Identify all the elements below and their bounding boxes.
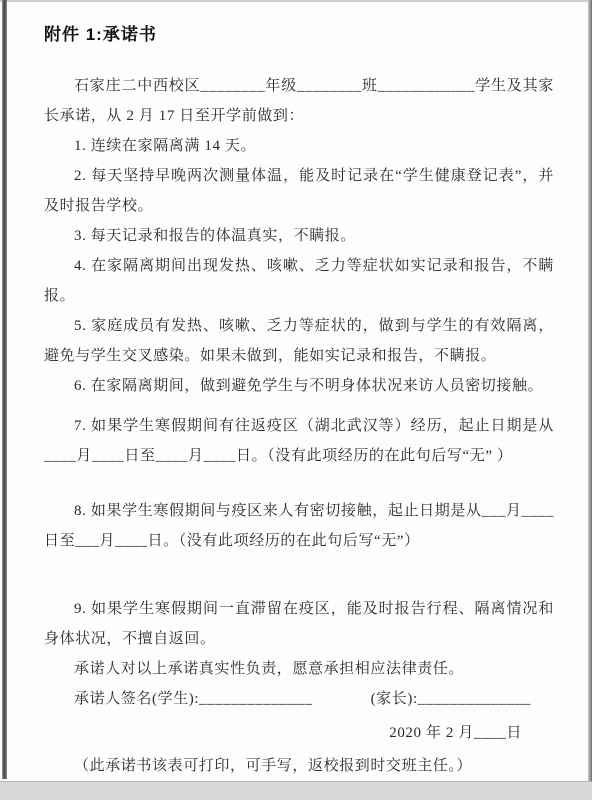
commitment-item-4: 4. 在家隔离期间出现发热、咳嗽、乏力等症状如实记录和报告，不瞒报。 bbox=[44, 251, 554, 311]
declaration-paragraph: 承诺人对以上承诺真实性负责，愿意承担相应法律责任。 bbox=[44, 654, 554, 684]
document-body: 附件 1:承诺书 石家庄二中西校区________年级________班____… bbox=[44, 20, 554, 781]
commitment-item-8: 8. 如果学生寒假期间与疫区来人有密切接触，起止日期是从___月____日至__… bbox=[44, 496, 554, 556]
signature-student-label: 承诺人签名(学生): bbox=[74, 691, 199, 707]
signature-parent-blank: ______________ bbox=[418, 691, 531, 707]
scan-edge-bottom bbox=[0, 781, 592, 800]
intro-paragraph: 石家庄二中西校区________年级________班____________学… bbox=[44, 71, 554, 131]
commitment-item-2: 2. 每天坚持早晚两次测量体温，能及时记录在“学生健康登记表”，并及时报告学校。 bbox=[44, 161, 554, 221]
footer-note: （此承诺书该表可打印，可手写，返校报到时交班主任。） bbox=[44, 751, 554, 781]
date-line: 2020 年 2 月____日 bbox=[44, 718, 554, 748]
commitment-item-3: 3. 每天记录和报告的体温真实，不瞒报。 bbox=[44, 221, 554, 251]
commitment-item-7: 7. 如果学生寒假期间有往返疫区（湖北武汉等）经历，起止日期是从____月___… bbox=[44, 411, 554, 471]
commitment-item-9: 9. 如果学生寒假期间一直滞留在疫区，能及时报告行程、隔离情况和身体状况，不擅自… bbox=[44, 594, 554, 654]
scan-edge-top bbox=[0, 0, 592, 2]
commitment-item-1: 1. 连续在家隔离满 14 天。 bbox=[44, 131, 554, 161]
signature-student-blank: ______________ bbox=[199, 691, 312, 707]
scan-edge-left bbox=[2, 0, 7, 779]
scanned-document-page: 附件 1:承诺书 石家庄二中西校区________年级________班____… bbox=[0, 0, 592, 800]
scan-edge-right bbox=[588, 0, 592, 800]
document-title: 附件 1:承诺书 bbox=[44, 20, 554, 45]
signature-parent-label: (家长): bbox=[371, 691, 418, 707]
commitment-item-5: 5. 家庭成员有发热、咳嗽、乏力等症状的，做到与学生的有效隔离，避免与学生交叉感… bbox=[44, 311, 554, 371]
signature-line: 承诺人签名(学生):______________(家长):___________… bbox=[44, 684, 554, 714]
commitment-item-6: 6. 在家隔离期间，做到避免学生与不明身体状况来访人员密切接触。 bbox=[44, 371, 554, 401]
